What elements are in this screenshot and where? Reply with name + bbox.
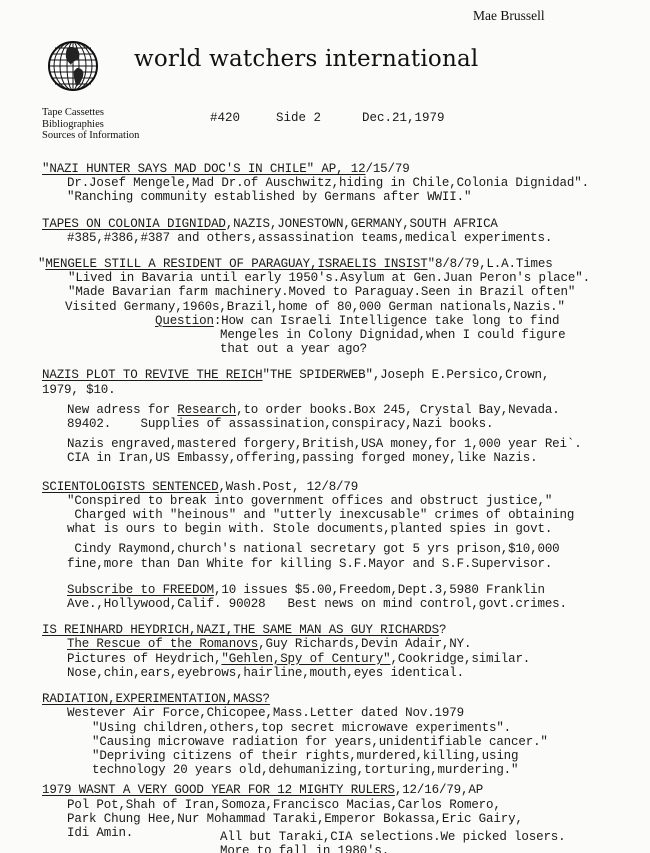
section-mighty-rulers: 1979 WASNT A VERY GOOD YEAR FOR 12 MIGHT… bbox=[42, 783, 642, 853]
section-tapes-colonia: TAPES ON COLONIA DIGNIDAD,NAZIS,JONESTOW… bbox=[42, 217, 642, 245]
body-line: Nazis engraved,mastered forgery,British,… bbox=[42, 437, 642, 451]
body-line: Park Chung Hee,Nur Mohammad Taraki,Emper… bbox=[42, 812, 642, 826]
section-headline: RADIATION,EXPERIMENTATION,MASS? bbox=[42, 692, 642, 706]
section-headline: TAPES ON COLONIA DIGNIDAD,NAZIS,JONESTOW… bbox=[42, 217, 642, 231]
question-line: Mengeles in Colony Dignidad,when I could… bbox=[38, 328, 642, 342]
body-line: Nose,chin,ears,eyebrows,hairline,mouth,e… bbox=[42, 666, 642, 680]
body-line: Visited Germany,1960s,Brazil,home of 80,… bbox=[38, 300, 642, 314]
section-scientologists: SCIENTOLOGISTS SENTENCED,Wash.Post, 12/8… bbox=[42, 480, 642, 612]
service-item: Tape Cassettes bbox=[42, 107, 139, 119]
book-title: "Gehlen,Spy of Century" bbox=[221, 652, 390, 666]
body-line: "Ranching community established by Germa… bbox=[42, 190, 642, 204]
document-body: "NAZI HUNTER SAYS MAD DOC'S IN CHILE" AP… bbox=[42, 162, 642, 853]
body-line: "Lived in Bavaria until early 1950's.Asy… bbox=[38, 271, 642, 285]
subscribe-line: Subscribe to FREEDOM,10 issues $5.00,Fre… bbox=[42, 583, 642, 597]
section-headline: "NAZI HUNTER SAYS MAD DOC'S IN CHILE" AP… bbox=[42, 162, 642, 176]
body-line: "Made Bavarian farm machinery.Moved to P… bbox=[38, 285, 642, 299]
globe-logo-icon bbox=[47, 40, 99, 92]
organization-title: world watchers international bbox=[134, 46, 478, 72]
quote-line: "Depriving citizens of their rights,murd… bbox=[42, 749, 642, 763]
body-line: "Conspired to break into government offi… bbox=[42, 494, 642, 508]
body-line: 1979, $10. bbox=[42, 383, 642, 397]
question-line: Question:How can Israeli Intelligence ta… bbox=[38, 314, 642, 328]
section-mengele-paraguay: "MENGELE STILL A RESIDENT OF PARAGUAY,IS… bbox=[38, 257, 642, 356]
quote-line: "Using children,others,top secret microw… bbox=[42, 721, 642, 735]
author-name: Mae Brussell bbox=[473, 8, 545, 24]
body-line: 89402. Supplies of assassination,conspir… bbox=[42, 417, 642, 431]
section-heydrich: IS REINHARD HEYDRICH,NAZI,THE SAME MAN A… bbox=[42, 623, 642, 680]
section-nazis-plot: NAZIS PLOT TO REVIVE THE REICH"THE SPIDE… bbox=[42, 368, 642, 465]
issue-date: Dec.21,1979 bbox=[362, 111, 445, 125]
services-list: Tape Cassettes Bibliographies Sources of… bbox=[42, 107, 139, 142]
research-link: Research bbox=[177, 403, 236, 417]
section-headline: 1979 WASNT A VERY GOOD YEAR FOR 12 MIGHT… bbox=[42, 783, 642, 797]
book-title: The Rescue of the Romanovs bbox=[67, 637, 258, 651]
body-line: Westever Air Force,Chicopee,Mass.Letter … bbox=[42, 706, 642, 720]
body-line: Ave.,Hollywood,Calif. 90028 Best news on… bbox=[42, 597, 642, 611]
body-line: Dr.Josef Mengele,Mad Dr.of Auschwitz,hid… bbox=[42, 176, 642, 190]
body-line: Cindy Raymond,church's national secretar… bbox=[42, 542, 642, 556]
subscribe-freedom-link: Subscribe to FREEDOM bbox=[67, 583, 214, 597]
body-line: New adress for Research,to order books.B… bbox=[42, 403, 642, 417]
section-headline: IS REINHARD HEYDRICH,NAZI,THE SAME MAN A… bbox=[42, 623, 642, 637]
body-line: Pictures of Heydrich,"Gehlen,Spy of Cent… bbox=[42, 652, 642, 666]
body-line: CIA in Iran,US Embassy,offering,passing … bbox=[42, 451, 642, 465]
section-headline: NAZIS PLOT TO REVIVE THE REICH"THE SPIDE… bbox=[42, 368, 642, 382]
quote-line: "Causing microwave radiation for years,u… bbox=[42, 735, 642, 749]
body-line: Charged with "heinous" and "utterly inex… bbox=[42, 508, 642, 522]
issue-number: #420 bbox=[210, 111, 240, 125]
body-line: #385,#386,#387 and others,assassination … bbox=[42, 231, 642, 245]
body-line: Idi Amin. bbox=[42, 826, 133, 840]
comment-line: More to fall in 1980's. bbox=[220, 844, 389, 853]
comment-line: All but Taraki,CIA selections.We picked … bbox=[220, 830, 566, 844]
body-line: what is ours to begin with. Stole docume… bbox=[42, 522, 642, 536]
body-line: fine,more than Dan White for killing S.F… bbox=[42, 557, 642, 571]
section-radiation: RADIATION,EXPERIMENTATION,MASS? Westever… bbox=[42, 692, 642, 777]
section-headline: SCIENTOLOGISTS SENTENCED,Wash.Post, 12/8… bbox=[42, 480, 642, 494]
side-label: Side 2 bbox=[276, 111, 321, 125]
quote-line: technology 20 years old,dehumanizing,tor… bbox=[42, 763, 642, 777]
service-item: Bibliographies bbox=[42, 119, 139, 131]
body-line: The Rescue of the Romanovs,Guy Richards,… bbox=[42, 637, 642, 651]
question-line: that out a year ago? bbox=[38, 342, 642, 356]
section-headline: "MENGELE STILL A RESIDENT OF PARAGUAY,IS… bbox=[38, 257, 642, 271]
body-line: Pol Pot,Shah of Iran,Somoza,Francisco Ma… bbox=[42, 798, 642, 812]
service-item: Sources of Information bbox=[42, 130, 139, 142]
section-nazi-hunter: "NAZI HUNTER SAYS MAD DOC'S IN CHILE" AP… bbox=[42, 162, 642, 205]
